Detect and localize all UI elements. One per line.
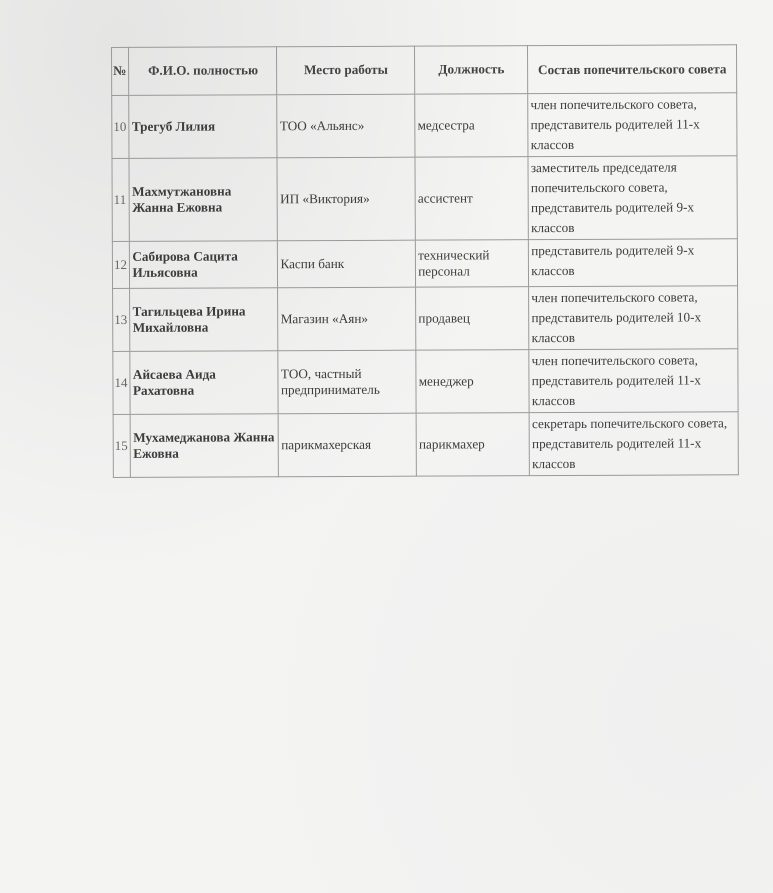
table-row: 14 Айсаева Аида Рахатовна ТОО, частный п…	[113, 349, 738, 415]
row-workplace: ТОО, частный предприниматель	[278, 350, 416, 414]
row-workplace: Магазин «Аян»	[278, 287, 416, 351]
header-full-name: Ф.И.О. полностью	[129, 47, 277, 96]
row-council-role: представитель родителей 9-х классов	[529, 239, 738, 287]
row-workplace: ИП «Виктория»	[277, 157, 415, 241]
row-full-name: Мухамеджанова Жанна Ежовна	[131, 414, 279, 478]
row-number: 12	[112, 241, 130, 288]
row-position: менеджер	[416, 350, 529, 413]
trustee-council-table: № Ф.И.О. полностью Место работы Должност…	[111, 44, 739, 478]
row-position: медсестра	[415, 94, 528, 157]
row-position: технический персонал	[416, 240, 529, 287]
row-position: ассистент	[415, 157, 528, 240]
row-number: 14	[113, 351, 131, 414]
row-council-role: член попечительского совета, представите…	[529, 286, 738, 350]
header-workplace: Место работы	[277, 46, 415, 95]
row-workplace: парикмахерская	[279, 413, 417, 477]
row-full-name: Сабирова Сацита Ильясовна	[130, 241, 278, 289]
row-number: 11	[112, 158, 130, 241]
table-header-row: № Ф.И.О. полностью Место работы Должност…	[112, 45, 737, 96]
row-position: парикмахер	[416, 413, 529, 476]
table-row: 15 Мухамеджанова Жанна Ежовна парикмахер…	[113, 412, 738, 478]
table-row: 13 Тагильцева Ирина Михайловна Магазин «…	[113, 286, 738, 352]
row-full-name: Тагильцева Ирина Михайловна	[130, 288, 278, 352]
row-number: 13	[113, 288, 131, 351]
row-number: 10	[112, 95, 130, 158]
header-number: №	[112, 47, 130, 95]
header-council-role: Состав попечительского совета	[528, 45, 737, 94]
row-council-role: заместитель председателя попечительского…	[528, 156, 737, 240]
row-workplace: Каспи банк	[278, 240, 416, 288]
row-workplace: ТОО «Альянс»	[277, 94, 415, 158]
row-council-role: член попечительского совета, представите…	[529, 349, 738, 413]
row-full-name: Махмутжановна Жанна Ежовна	[129, 158, 277, 242]
row-full-name: Айсаева Аида Рахатовна	[130, 351, 278, 415]
row-position: продавец	[416, 287, 529, 350]
table-row: 11 Махмутжановна Жанна Ежовна ИП «Виктор…	[112, 156, 737, 242]
row-council-role: секретарь попечительского совета, предст…	[529, 412, 738, 476]
row-full-name: Трегуб Лилия	[129, 95, 277, 159]
table-row: 12 Сабирова Сацита Ильясовна Каспи банк …	[112, 239, 737, 289]
row-council-role: член попечительского совета, представите…	[528, 93, 737, 157]
header-position: Должность	[415, 46, 528, 94]
row-number: 15	[113, 414, 131, 477]
table-row: 10 Трегуб Лилия ТОО «Альянс» медсестра ч…	[112, 93, 737, 159]
